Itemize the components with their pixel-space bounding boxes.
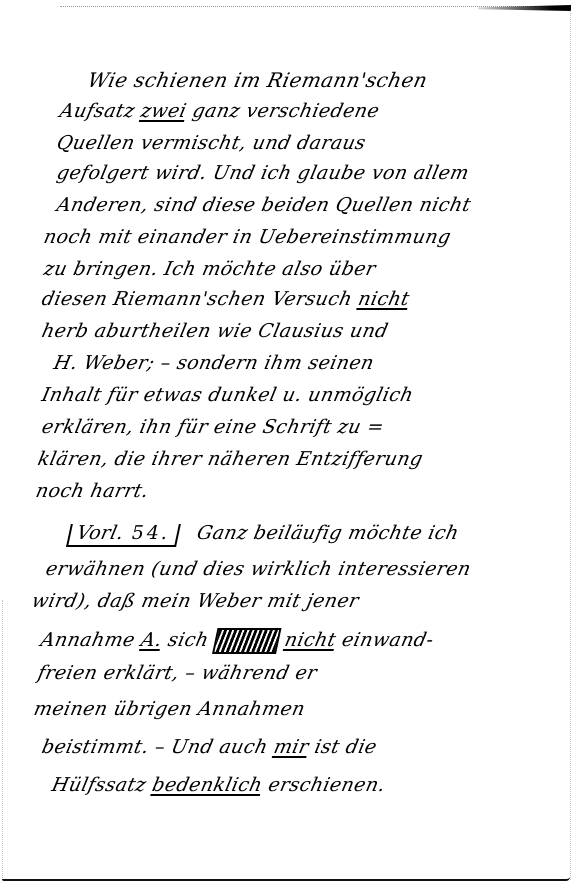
manuscript-line-15: Vorl.54. Ganz beiläufig möchte ich bbox=[66, 524, 461, 547]
manuscript-line-9: herb aburtheilen wie Clausius und bbox=[40, 322, 390, 341]
manuscript-line-14: noch harrt. bbox=[34, 482, 150, 501]
manuscript-line-21: beistimmt. – Und auch mir ist die bbox=[40, 738, 379, 757]
manuscript-line-18: Annahme A. sich xxxxx nicht einwand- bbox=[38, 628, 436, 654]
underlined-word: nicht bbox=[356, 288, 412, 310]
underlined-word: bedenklich bbox=[150, 774, 264, 796]
manuscript-line-12: erklären, ihn für eine Schrift zu = bbox=[40, 418, 386, 437]
line-text: sich bbox=[159, 629, 217, 651]
manuscript-line-1: Wie schienen im Riemann'schen bbox=[86, 70, 429, 90]
line-text: ganz verschiedene bbox=[184, 100, 382, 122]
manuscript-line-19: freien erklärt, – während er bbox=[36, 664, 319, 683]
line-text: einwand- bbox=[334, 629, 436, 651]
manuscript-line-6: noch mit einander in Uebereinstimmung bbox=[42, 228, 453, 247]
line-text: erwähnen (und dies wirklich interessiere… bbox=[44, 558, 473, 580]
manuscript-page: Wie schienen im Riemann'schen Aufsatz zw… bbox=[0, 0, 573, 887]
manuscript-line-11: Inhalt für etwas dunkel u. unmöglich bbox=[40, 386, 415, 405]
manuscript-line-4: gefolgert wird. Und ich glaube von allem bbox=[55, 164, 471, 183]
line-text: H. Weber; – sondern ihm seinen bbox=[52, 352, 376, 374]
manuscript-line-8: diesen Riemann'schen Versuch nicht bbox=[40, 290, 411, 309]
line-text: erschienen. bbox=[260, 774, 388, 796]
underlined-word: mir bbox=[272, 736, 311, 758]
line-text: Anderen, sind diese beiden Quellen nicht bbox=[55, 194, 473, 216]
line-text: Hülfssatz bbox=[50, 774, 155, 796]
line-text: Ganz beiläufig möchte ich bbox=[195, 522, 461, 544]
manuscript-line-17: wird), daß mein Weber mit jener bbox=[30, 592, 361, 611]
crossed-out-word: xxxxx bbox=[212, 628, 281, 654]
underlined-word: nicht bbox=[283, 629, 339, 651]
manuscript-line-20: meinen übrigen Annahmen bbox=[32, 700, 307, 719]
manuscript-line-22: Hülfssatz bedenklich erschienen. bbox=[50, 776, 387, 795]
line-text: gefolgert wird. Und ich glaube von allem bbox=[55, 162, 471, 184]
line-text: Wie schienen im Riemann'schen bbox=[86, 68, 430, 92]
manuscript-line-16: erwähnen (und dies wirklich interessiere… bbox=[44, 560, 473, 579]
line-text: noch harrt. bbox=[34, 480, 151, 502]
line-text: erklären, ihn für eine Schrift zu = bbox=[40, 416, 386, 438]
line-text: Inhalt für etwas dunkel u. unmöglich bbox=[40, 384, 416, 406]
line-text: Quellen vermischt, und daraus bbox=[55, 132, 368, 154]
line-text: Annahme bbox=[39, 629, 144, 651]
handwritten-text-body: Wie schienen im Riemann'schen Aufsatz zw… bbox=[0, 0, 573, 887]
line-text: diesen Riemann'schen Versuch bbox=[40, 288, 361, 310]
manuscript-line-3: Quellen vermischt, und daraus bbox=[55, 134, 367, 153]
manuscript-line-5: Anderen, sind diese beiden Quellen nicht bbox=[55, 196, 473, 215]
line-text: Aufsatz bbox=[58, 100, 144, 122]
line-text: klären, die ihrer näheren Entzifferung bbox=[36, 448, 425, 470]
line-text: freien erklärt, – während er bbox=[36, 662, 319, 684]
line-text: meinen übrigen Annahmen bbox=[32, 698, 307, 720]
line-text: ist die bbox=[306, 736, 379, 758]
line-text: noch mit einander in Uebereinstimmung bbox=[42, 226, 453, 248]
line-text: wird), daß mein Weber mit jener bbox=[30, 590, 361, 612]
reference-box: Vorl.54. bbox=[66, 524, 181, 547]
manuscript-line-10: H. Weber; – sondern ihm seinen bbox=[52, 354, 376, 373]
line-text: zu bringen. Ich möchte also über bbox=[42, 258, 378, 280]
reference-label: Vorl. bbox=[75, 522, 126, 544]
reference-number: 54. bbox=[129, 522, 173, 544]
line-text: herb aburtheilen wie Clausius und bbox=[40, 320, 391, 342]
manuscript-line-2: Aufsatz zwei ganz verschiedene bbox=[58, 102, 381, 121]
line-text: beistimmt. – Und auch bbox=[40, 736, 277, 758]
underlined-word: zwei bbox=[139, 100, 189, 122]
manuscript-line-13: klären, die ihrer näheren Entzifferung bbox=[36, 450, 425, 469]
manuscript-line-7: zu bringen. Ich möchte also über bbox=[42, 260, 377, 279]
